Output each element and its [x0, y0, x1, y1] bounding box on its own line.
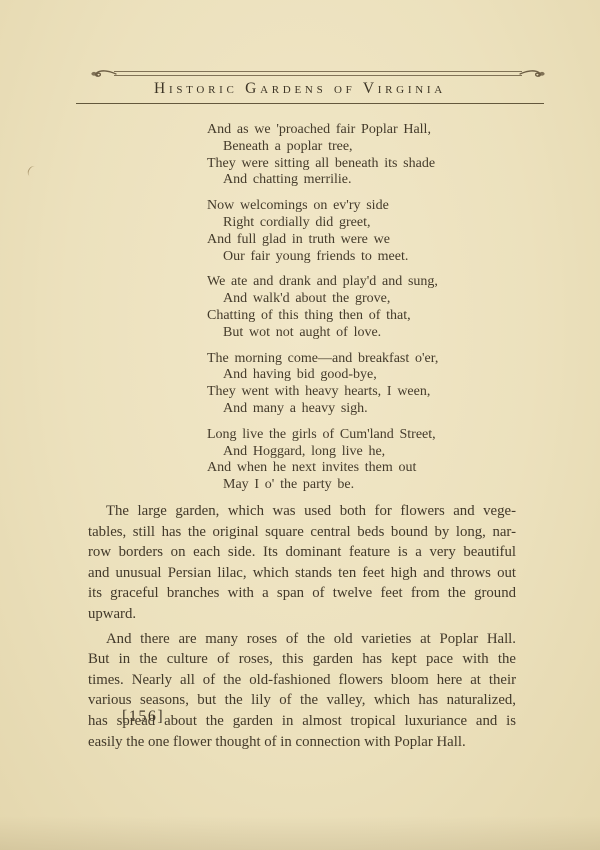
body-line: But in the culture of roses, this garden… — [88, 649, 516, 670]
poem-line: And Hoggard, long live he, — [207, 444, 438, 461]
body-line: upward. — [88, 604, 516, 625]
poem-line: And as we 'proached fair Poplar Hall, — [207, 122, 438, 139]
poem-line: Our fair young friends to meet. — [207, 249, 438, 266]
poem-line: May I o' the party be. — [207, 477, 438, 494]
poem-stanza: Long live the girls of Cum'land Street, … — [207, 427, 438, 494]
poem-line: And chatting merrilie. — [207, 172, 438, 189]
scroll-ornament-left-icon — [90, 68, 117, 79]
poem-line: But wot not aught of love. — [207, 325, 438, 342]
page-number: [156] — [122, 708, 164, 726]
body-line: tables, still has the original square ce… — [88, 522, 516, 543]
poem-line: Now welcomings on ev'ry side — [207, 198, 438, 215]
poem-line: They were sitting all beneath its shade — [207, 156, 438, 173]
body-line: easily the one flower thought of in conn… — [88, 732, 516, 753]
poem-stanza: We ate and drank and play'd and sung, An… — [207, 274, 438, 341]
body-line: row borders on each side. Its dominant f… — [88, 542, 516, 563]
body-line: times. Nearly all of the old-fashioned f… — [88, 670, 516, 691]
poem-line: Chatting of this thing then of that, — [207, 308, 438, 325]
poem-stanza: The morning come—and breakfast o'er, And… — [207, 351, 438, 418]
poem-line: And having bid good-bye, — [207, 367, 438, 384]
poem-line: And many a heavy sigh. — [207, 401, 438, 418]
poem-line: Right cordially did greet, — [207, 215, 438, 232]
poem-stanza: Now welcomings on ev'ry side Right cordi… — [207, 198, 438, 265]
body-line: its graceful branches with a span of twe… — [88, 583, 516, 604]
paragraph: And there are many roses of the old vari… — [88, 629, 516, 753]
poem-line: The morning come—and breakfast o'er, — [207, 351, 438, 368]
scroll-ornament-right-icon — [519, 68, 546, 79]
poem-block: And as we 'proached fair Poplar Hall, Be… — [207, 122, 438, 503]
poem-line: They went with heavy hearts, I ween, — [207, 384, 438, 401]
poem-line: Beneath a poplar tree, — [207, 139, 438, 156]
poem-line: And walk'd about the grove, — [207, 291, 438, 308]
header-ornament-rule — [90, 68, 546, 79]
poem-line: Long live the girls of Cum'land Street, — [207, 427, 438, 444]
poem-line: And when he next invites them out — [207, 460, 438, 477]
book-page: Historic Gardens of Virginia And as we '… — [0, 0, 600, 850]
running-head-title: Historic Gardens of Virginia — [0, 80, 600, 98]
paragraph: The large garden, which was used both fo… — [88, 501, 516, 625]
pencil-mark — [26, 165, 39, 179]
body-line: The large garden, which was used both fo… — [88, 501, 516, 522]
body-line: And there are many roses of the old vari… — [88, 629, 516, 650]
double-rule — [114, 71, 522, 76]
poem-stanza: And as we 'proached fair Poplar Hall, Be… — [207, 122, 438, 189]
poem-line: We ate and drank and play'd and sung, — [207, 274, 438, 291]
title-underline-rule — [76, 103, 544, 104]
body-line: and unusual Persian lilac, which stands … — [88, 563, 516, 584]
poem-line: And full glad in truth were we — [207, 232, 438, 249]
